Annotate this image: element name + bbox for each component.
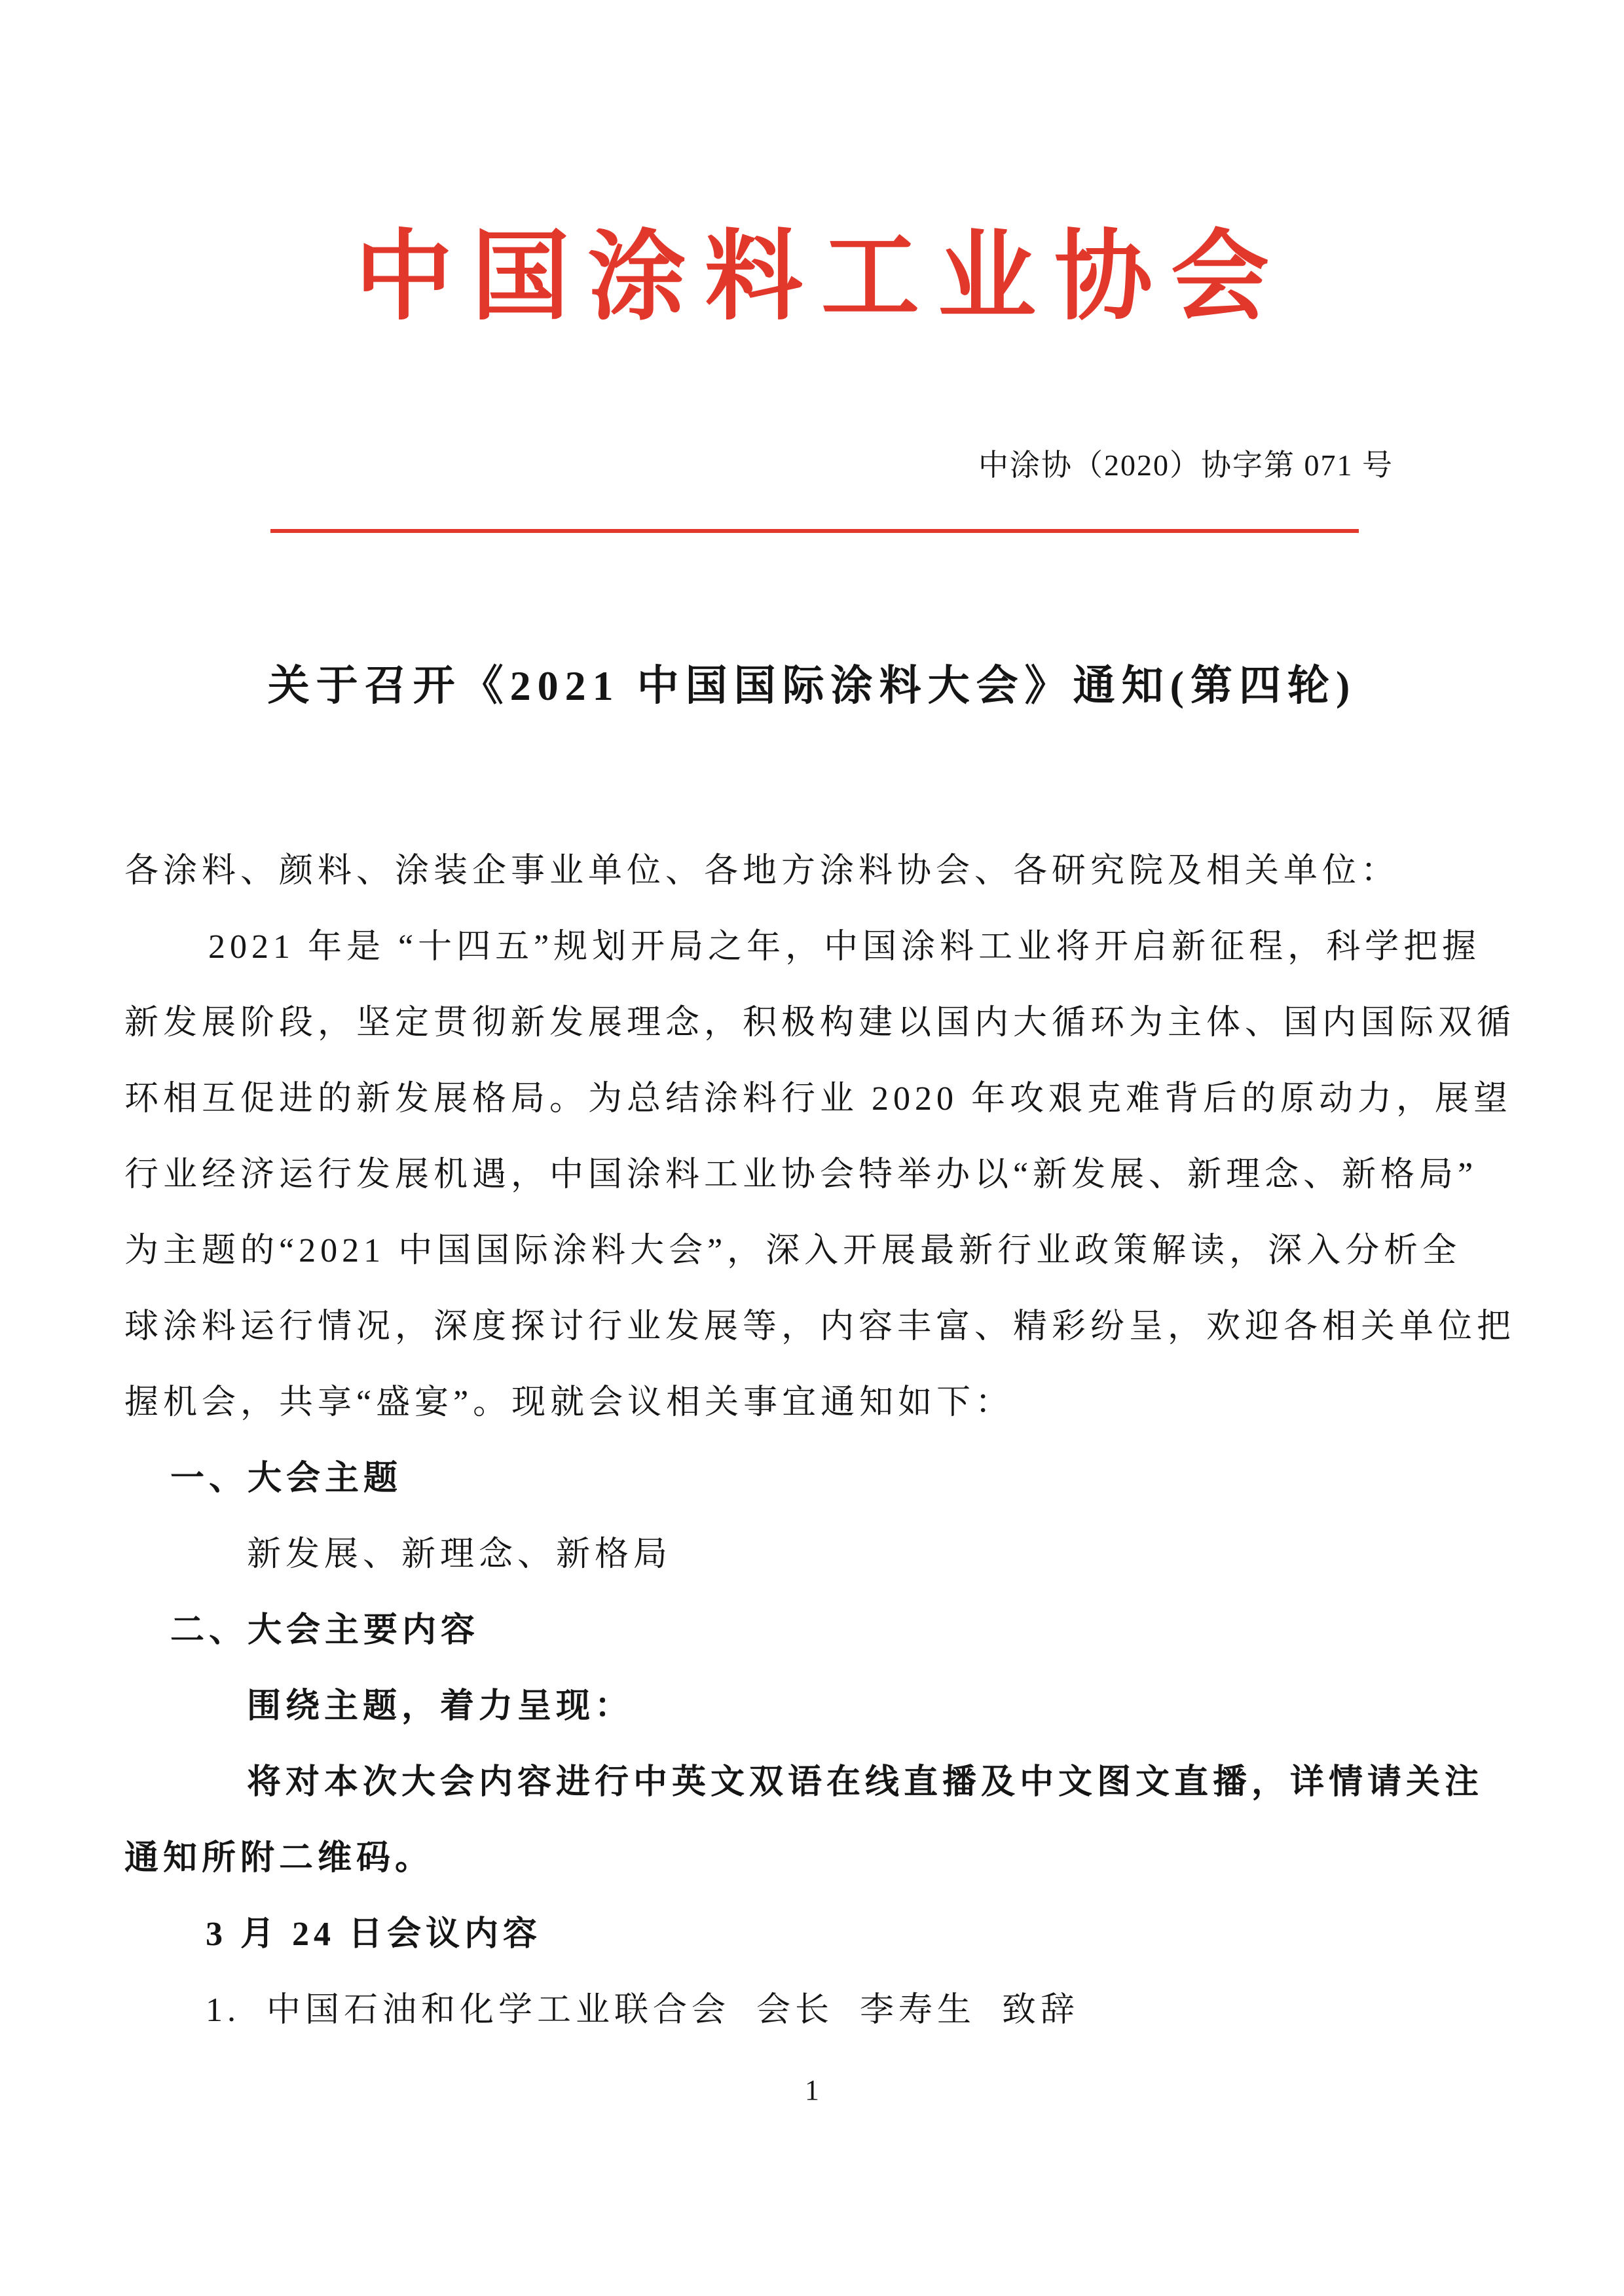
notice-body: 各涂料、颜料、涂装企事业单位、各地方涂料协会、各研究院及相关单位： 2021 年…	[124, 833, 1516, 2049]
date-heading: 3 月 24 日会议内容	[124, 1897, 1516, 1973]
document-page: 中国涂料工业协会 中涂协（2020）协字第 071 号 关于召开《2021 中国…	[0, 0, 1624, 2296]
paragraph-line: 为主题的“2021 中国国际涂料大会”，深入开展最新行业政策解读，深入分析全	[124, 1213, 1516, 1289]
section2-lead-line: 围绕主题，着力呈现：	[124, 1669, 1516, 1745]
salutation-line: 各涂料、颜料、涂装企事业单位、各地方涂料协会、各研究院及相关单位：	[124, 833, 1516, 909]
red-divider-line	[270, 529, 1359, 533]
page-number: 1	[0, 2074, 1624, 2107]
agenda-item-1: 1. 中国石油和化学工业联合会 会长 李寿生 致辞	[124, 1973, 1516, 2049]
paragraph-line: 新发展阶段，坚定贯彻新发展理念，积极构建以国内大循环为主体、国内国际双循	[124, 985, 1516, 1061]
paragraph-line: 球涂料运行情况，深度探讨行业发展等，内容丰富、精彩纷呈，欢迎各相关单位把	[124, 1289, 1516, 1365]
section1-heading: 一、大会主题	[124, 1441, 1516, 1517]
broadcast-line-continuation: 通知所附二维码。	[124, 1821, 1516, 1897]
notice-title: 关于召开《2021 中国国际涂料大会》通知(第四轮)	[0, 663, 1624, 710]
paragraph-line: 环相互促进的新发展格局。为总结涂料行业 2020 年攻艰克难背后的原动力，展望	[124, 1061, 1516, 1137]
doc-number: 中涂协（2020）协字第 071 号	[978, 448, 1393, 483]
org-title: 中国涂料工业协会	[0, 224, 1624, 332]
section1-theme-line: 新发展、新理念、新格局	[124, 1517, 1516, 1593]
broadcast-line: 将对本次大会内容进行中英文双语在线直播及中文图文直播，详情请关注	[124, 1745, 1516, 1821]
section2-heading: 二、大会主要内容	[124, 1593, 1516, 1669]
paragraph-line: 行业经济运行发展机遇，中国涂料工业协会特举办以“新发展、新理念、新格局”	[124, 1137, 1516, 1213]
paragraph-line: 2021 年是 “十四五”规划开局之年，中国涂料工业将开启新征程，科学把握	[124, 909, 1516, 985]
paragraph-line: 握机会，共享“盛宴”。现就会议相关事宜通知如下：	[124, 1365, 1516, 1441]
